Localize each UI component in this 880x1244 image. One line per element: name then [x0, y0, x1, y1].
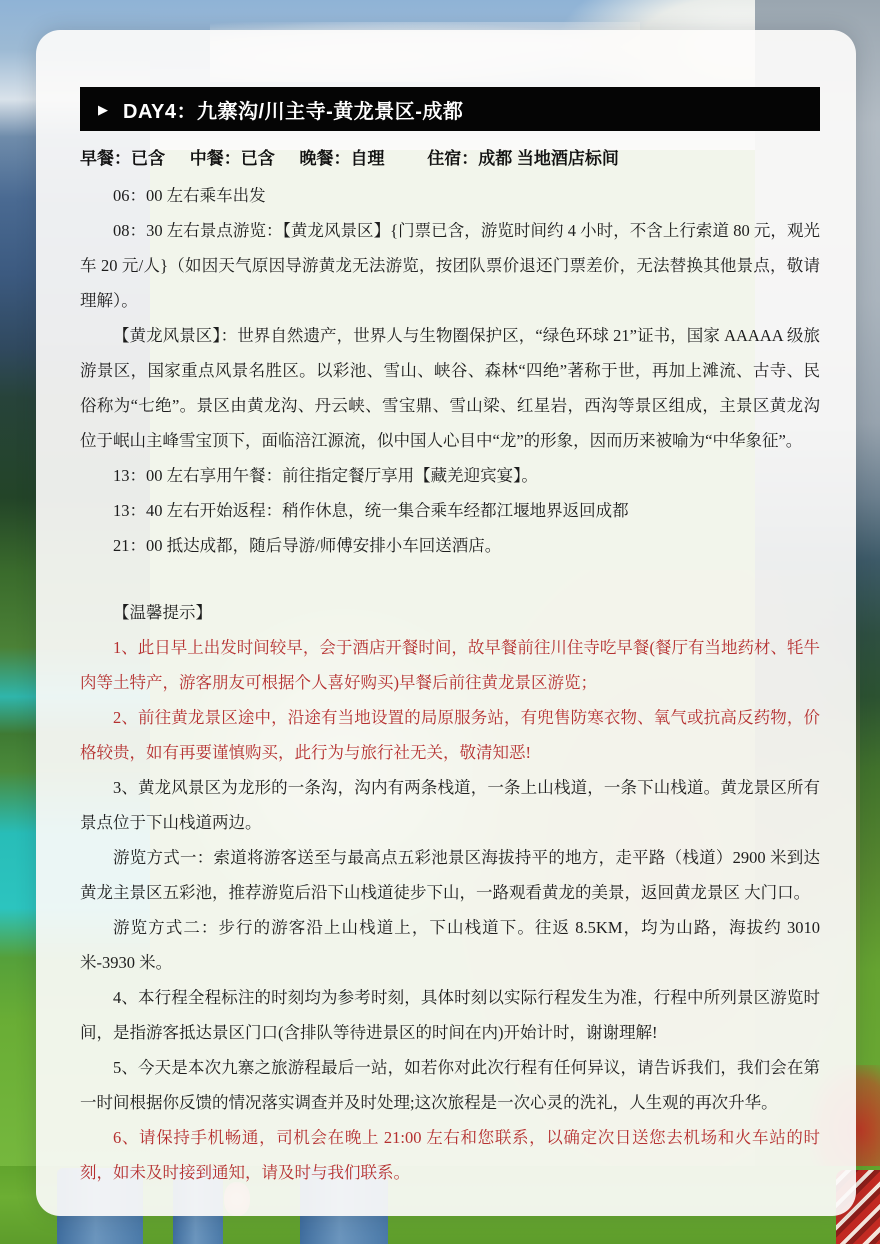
tip-item: 游览方式一：索道将游客送至与最高点五彩池景区海拔持平的地方，走平路（栈道）290…: [80, 840, 820, 910]
schedule-paragraph: 21：00 抵达成都，随后导游/师傅安排小车回送酒店。: [80, 528, 820, 563]
tip-item: 游览方式二：步行的游客沿上山栈道上，下山栈道下。往返 8.5KM，均为山路，海拔…: [80, 910, 820, 980]
dinner-label: 晚餐：: [299, 149, 350, 168]
tip-item: 4、本行程全程标注的时刻均为参考时刻，具体时刻以实际行程发生为准，行程中所列景区…: [80, 980, 820, 1050]
dinner-info: 晚餐：自理: [299, 149, 384, 168]
tips-section-title: 【温馨提示】: [80, 595, 820, 630]
lunch-label: 中餐：: [190, 149, 241, 168]
day-title: DAY4：九寨沟/川主寺-黄龙景区-成都: [123, 95, 463, 124]
itinerary-body: 06：00 左右乘车出发 08：30 左右景点游览：【黄龙风景区】{门票已含，游…: [80, 178, 820, 1190]
breakfast-info: 早餐：已含: [80, 149, 165, 168]
schedule-paragraph: 13：00 左右享用午餐：前往指定餐厅享用【藏羌迎宾宴】。: [80, 458, 820, 493]
lodging-info: 住宿：成都 当地酒店标间: [427, 149, 619, 168]
tips-title-text: 【温馨提示】: [80, 595, 820, 630]
breakfast-label: 早餐：: [80, 149, 131, 168]
day-header-bar: ▶ DAY4：九寨沟/川主寺-黄龙景区-成都: [80, 87, 820, 131]
breakfast-value: 已含: [131, 149, 165, 168]
meal-info-line: 早餐：已含 中餐：已含 晚餐：自理 住宿：成都 当地酒店标间: [80, 144, 820, 169]
schedule-paragraph: 06：00 左右乘车出发: [80, 178, 820, 213]
dinner-value: 自理: [350, 149, 384, 168]
lunch-value: 已含: [241, 149, 275, 168]
lunch-info: 中餐：已含: [190, 149, 275, 168]
document-card: ▶ DAY4：九寨沟/川主寺-黄龙景区-成都 早餐：已含 中餐：已含 晚餐：自理…: [36, 30, 856, 1216]
schedule-paragraph: 【黄龙风景区】：世界自然遗产，世界人与生物圈保护区，“绿色环球 21”证书，国家…: [80, 318, 820, 458]
tip-item: 6、请保持手机畅通，司机会在晚上 21:00 左右和您联系，以确定次日送您去机场…: [80, 1120, 820, 1190]
lodging-value: 成都 当地酒店标间: [478, 149, 619, 168]
tip-item: 1、此日早上出发时间较早，会于酒店开餐时间，故早餐前往川住寺吃早餐(餐厅有当地药…: [80, 630, 820, 700]
document-content: ▶ DAY4：九寨沟/川主寺-黄龙景区-成都 早餐：已含 中餐：已含 晚餐：自理…: [36, 30, 856, 1190]
play-arrow-icon: ▶: [98, 103, 108, 116]
lodging-label: 住宿：: [427, 149, 478, 168]
tip-item: 2、前往黄龙景区途中，沿途有当地设置的局原服务站，有兜售防寒衣物、氧气或抗高反药…: [80, 700, 820, 770]
schedule-paragraph: 13：40 左右开始返程：稍作休息，统一集合乘车经都江堰地界返回成都: [80, 493, 820, 528]
tip-item: 3、黄龙风景区为龙形的一条沟，沟内有两条栈道，一条上山栈道，一条下山栈道。黄龙景…: [80, 770, 820, 840]
tip-item: 5、今天是本次九寨之旅游程最后一站，如若你对此次行程有任何异议，请告诉我们，我们…: [80, 1050, 820, 1120]
schedule-paragraph: 08：30 左右景点游览：【黄龙风景区】{门票已含，游览时间约 4 小时，不含上…: [80, 213, 820, 318]
